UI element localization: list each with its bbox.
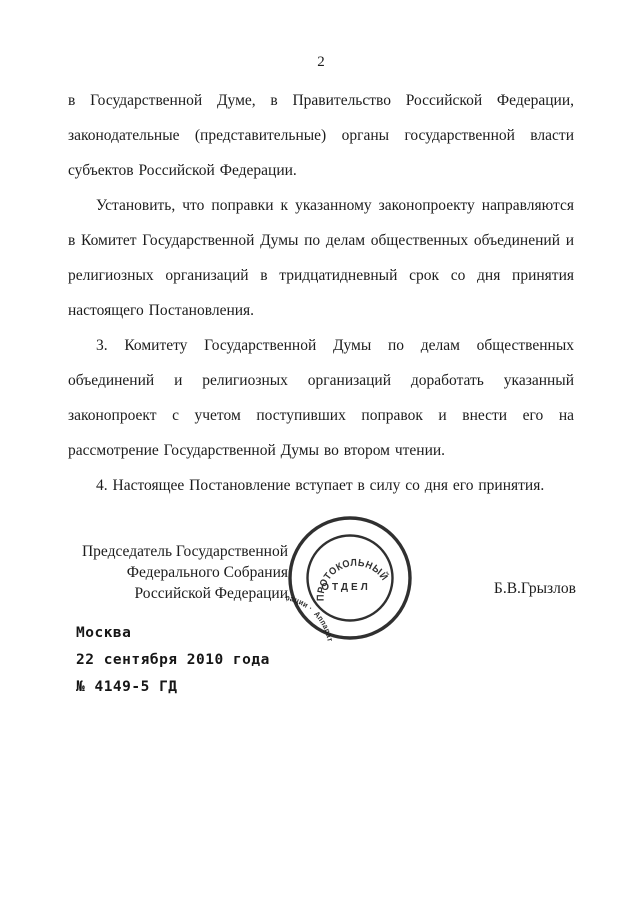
body-line: религиозных организаций в тридцатидневны… xyxy=(68,265,574,300)
signature-title: Председатель Государственной Федеральног… xyxy=(70,541,288,604)
body-line: субъектов Российской Федерации. xyxy=(68,160,574,195)
document-page: 2 в Государственной Думе, в Правительств… xyxy=(0,0,640,905)
document-body: в Государственной Думе, в Правительство … xyxy=(68,90,574,510)
svg-text:ПРОТОКОЛЬНЫЙ: ПРОТОКОЛЬНЫЙ xyxy=(307,549,393,604)
footer-number: № 4149-5 ГД xyxy=(76,674,270,701)
body-line: в Государственной Думе, в Правительство … xyxy=(68,90,574,125)
footer-city: Москва xyxy=(76,620,270,647)
signature-name: Б.В.Грызлов xyxy=(440,580,576,598)
footer-date: 22 сентября 2010 года xyxy=(76,647,270,674)
stamp-ring-text: Аппарат Государственной Думы Федеральног… xyxy=(286,592,336,642)
svg-text:Аппарат Государственной Думы Ф: Аппарат Государственной Думы Федеральног… xyxy=(286,592,336,642)
body-line: рассмотрение Государственной Думы во вто… xyxy=(68,440,574,475)
signature-title-line: Председатель Государственной xyxy=(70,541,288,562)
signature-title-line: Российской Федерации xyxy=(70,583,288,604)
body-line: законодательные (представительные) орган… xyxy=(68,125,574,160)
body-line: 4. Настоящее Постановление вступает в си… xyxy=(68,475,574,510)
body-line: Установить, что поправки к указанному за… xyxy=(68,195,574,230)
body-line: законопроект с учетом поступивших поправ… xyxy=(68,405,574,440)
protocol-department-stamp-icon: Аппарат Государственной Думы Федеральног… xyxy=(286,514,414,642)
body-line: объединений и религиозных организаций до… xyxy=(68,370,574,405)
body-line: в Комитет Государственной Думы по делам … xyxy=(68,230,574,265)
signature-title-line: Федерального Собрания xyxy=(70,562,288,583)
body-line: настоящего Постановления. xyxy=(68,300,574,335)
page-number: 2 xyxy=(68,54,574,71)
body-line: 3. Комитету Государственной Думы по дела… xyxy=(68,335,574,370)
stamp-inner-text: ОТДЕЛ xyxy=(321,582,370,593)
document-footer: Москва 22 сентября 2010 года № 4149-5 ГД xyxy=(76,620,270,701)
stamp-inner-arc-text: ПРОТОКОЛЬНЫЙ xyxy=(307,549,393,604)
